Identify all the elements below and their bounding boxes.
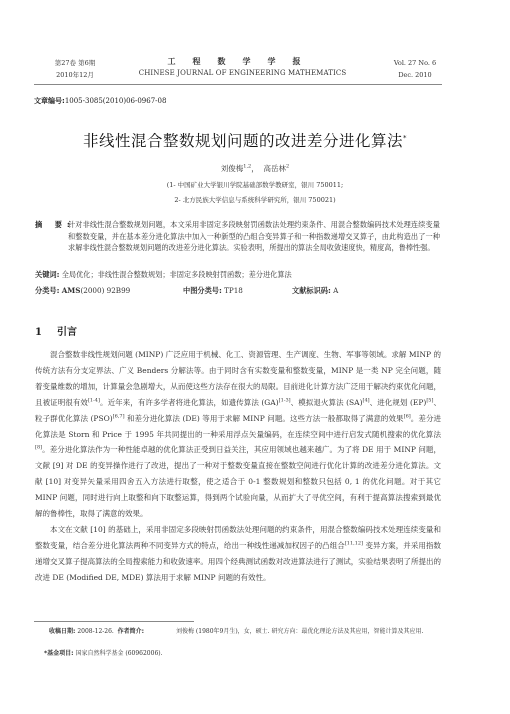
bio-label: 作者简介:: [118, 628, 144, 635]
section-heading: 1引言: [35, 323, 77, 338]
author-list: 刘俊梅1,2， 高岳林2: [0, 163, 510, 174]
header-date-en: Dec. 2010: [380, 69, 450, 81]
citation-ref: [11,12]: [345, 540, 363, 546]
footnote-funding: *基金项目: 国家自然科学基金 (60962006).: [44, 649, 444, 659]
citation-ref: [6,7]: [113, 413, 125, 419]
header-volume-issue-cn: 第27卷 第6期: [40, 57, 110, 69]
keywords-row: 关键词: 全局优化；非线性混合整数规划；非固定多段映射罚函数；差分进化算法: [35, 270, 292, 280]
funding-value: 国家自然科学基金 (60962006).: [75, 650, 162, 657]
funding-label: *基金项目:: [44, 650, 74, 657]
clc-value: TP18: [224, 286, 243, 295]
received-label: 收稿日期:: [49, 628, 75, 635]
affiliation-1: (1- 中国矿业大学银川学院基础部数学教研室，银川 750011;: [0, 180, 510, 189]
article-number: 文章编号:1005-3085(2010)06-0967-08: [34, 96, 166, 106]
paper-title-text: 非线性混合整数规划问题的改进差分进化算法: [83, 132, 403, 150]
classification-label: 分类号:: [35, 286, 59, 295]
article-number-label: 文章编号:: [34, 97, 65, 105]
classification-row: 分类号: AMS(2000) 92B99: [35, 286, 130, 296]
funding-marker: *: [403, 134, 407, 142]
journal-name-cn: 工程数学学报: [110, 55, 375, 67]
body-paragraph: 本文在文献 [10] 的基础上，采用非固定多段映射罚函数法处理问题的约束条件，用…: [35, 522, 441, 586]
journal-name-en: CHINESE JOURNAL OF ENGINEERING MATHEMATI…: [110, 67, 375, 79]
header-left: 第27卷 第6期 2010年12月: [40, 57, 110, 81]
header-right: Vol. 27 No. 6 Dec. 2010: [380, 57, 450, 81]
author-name: 高岳林: [264, 164, 287, 173]
citation-ref: [1-4]: [88, 397, 100, 403]
keywords-label: 关键词:: [35, 270, 59, 279]
citation-ref: [1-3]: [279, 397, 291, 403]
clc-label: 中图分类号:: [183, 286, 222, 295]
received-value: 2008-12-26.: [77, 628, 114, 635]
author-name: 刘俊梅: [221, 164, 244, 173]
citation-ref: [8]: [35, 445, 42, 451]
section-number: 1: [35, 327, 57, 338]
footnote-bio: 刘俊梅 (1980年9月生)，女，硕士. 研究方向：最优化理论方法及其应用，智能…: [176, 627, 441, 637]
ams-label: AMS: [62, 286, 81, 295]
affiliation-2: 2- 北方民族大学信息与系统科学研究所，银川 750021): [0, 195, 510, 204]
article-number-value: 1005-3085(2010)06-0967-08: [65, 97, 167, 105]
header-volume-issue-en: Vol. 27 No. 6: [380, 57, 450, 69]
section-title: 引言: [57, 327, 77, 338]
paper-title: 非线性混合整数规划问题的改进差分进化算法*: [0, 129, 490, 151]
header-divider: [34, 84, 442, 85]
citation-ref: [4]: [363, 397, 370, 403]
header-center: 工程数学学报 CHINESE JOURNAL OF ENGINEERING MA…: [110, 55, 375, 79]
author-affil-ref: 2: [286, 164, 289, 170]
footnote-divider: [34, 621, 194, 622]
citation-ref: [6]: [404, 413, 411, 419]
doc-code-row: 文献标识码: A: [292, 286, 338, 296]
citation-ref: [5]: [426, 397, 433, 403]
keywords-text: 全局优化；非线性混合整数规划；非固定多段映射罚函数；差分进化算法: [62, 270, 292, 279]
body-text: 混合整数非线性规划问题 (MINP) 广泛应用于机械、化工、资源管理、生产调度、…: [35, 347, 441, 586]
body-paragraph: 混合整数非线性规划问题 (MINP) 广泛应用于机械、化工、资源管理、生产调度、…: [35, 347, 441, 522]
clc-row: 中图分类号: TP18: [183, 286, 243, 296]
doc-code-value: A: [333, 286, 338, 295]
author-separator: ，: [251, 164, 259, 173]
abstract-text: 针对非线性混合整数规划问题，本文采用非固定多段映射罚函数法处理约束条件、用混合整…: [68, 219, 440, 254]
header-date-cn: 2010年12月: [40, 69, 110, 81]
ams-value: (2000) 92B99: [80, 286, 130, 295]
doc-code-label: 文献标识码:: [292, 286, 331, 295]
